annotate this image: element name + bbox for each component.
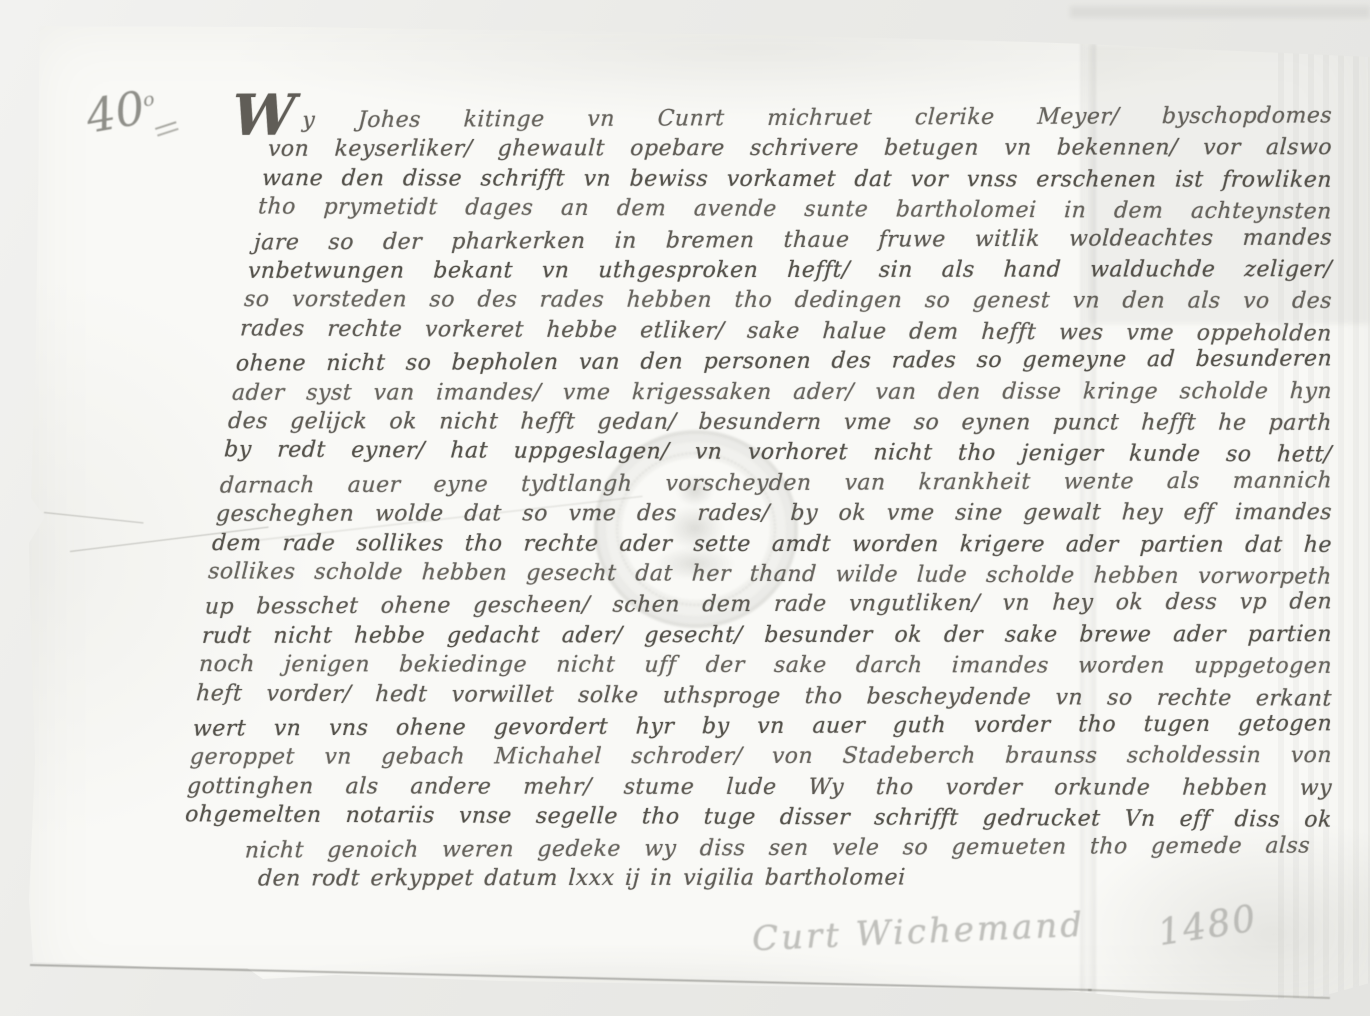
- manuscript-line-text: noch jenigen bekiedinge nicht uff der sa…: [198, 652, 1332, 679]
- manuscript-line: noch jenigen bekiedinge nicht uff der sa…: [198, 650, 1333, 682]
- manuscript-line-text: wert vn vns ohene gevordert hyr by vn au…: [192, 711, 1332, 741]
- manuscript-line: gottinghen als andere mehr/ stume lude W…: [186, 772, 1333, 804]
- manuscript-line-text: by redt eyner/ hat uppgeslagen/ vn vorho…: [223, 438, 1332, 468]
- manuscript-line-text: des gelijck ok nicht hefft gedan/ besund…: [227, 409, 1332, 436]
- manuscript-line-text: jare so der pharkerken in bremen thaue f…: [253, 225, 1332, 255]
- manuscript-line-text: gottinghen als andere mehr/ stume lude W…: [186, 774, 1332, 801]
- manuscript-line-text: vnbetwungen bekant vn uthgesproken hefft…: [247, 257, 1332, 284]
- manuscript-line: von keyserliker/ ghewault opebare schriv…: [267, 134, 1333, 166]
- manuscript-line-text: geroppet vn gebach Michahel schroder/ vo…: [189, 743, 1332, 770]
- manuscript-line-text: rudt nicht hebbe gedacht ader/ gesecht/ …: [201, 622, 1332, 649]
- manuscript-line-text: darnach auer eyne tydtlangh vorscheyden …: [219, 468, 1332, 498]
- manuscript-line-text: wane den disse schrifft vn bewiss vorkam…: [261, 166, 1332, 193]
- manuscript-line-text: nicht genoich weren gedeke wy diss sen v…: [244, 833, 1310, 863]
- manuscript-line-text: tho prymetidt dages an dem avende sunte …: [257, 195, 1332, 225]
- manuscript-line-text: gescheghen wolde dat so vme des rades/ b…: [215, 500, 1332, 527]
- manuscript-line-text: ohgemelten notariis vnse segelle tho tug…: [184, 802, 1332, 832]
- manuscript-line-text: den rodt erkyppet datum lxxx ij in vigil…: [257, 865, 906, 891]
- manuscript-line-text: up besschet ohene gescheen/ schen dem ra…: [204, 590, 1332, 620]
- manuscript-line: ohgemelten notariis vnse segelle tho tug…: [184, 800, 1332, 835]
- manuscript-line: darnach auer eyne tydtlangh vorscheyden …: [219, 466, 1333, 501]
- manuscript-line: wert vn vns ohene gevordert hyr by vn au…: [192, 709, 1333, 744]
- manuscript-line: heft vorder/ hedt vorwillet solke uthspr…: [195, 679, 1332, 714]
- scanner-edge-streak: [1070, 6, 1370, 18]
- manuscript-line: den rodt erkyppet datum lxxx ij in vigil…: [257, 863, 906, 894]
- manuscript-line: nicht genoich weren gedeke wy diss sen v…: [244, 831, 1311, 866]
- manuscript-text: Wy Johes kitinge vn Cunrt michruet cleri…: [0, 0, 1370, 1016]
- manuscript-line: vnbetwungen bekant vn uthgesproken hefft…: [247, 255, 1333, 287]
- manuscript-line-text: sollikes scholde hebben gesecht dat her …: [207, 559, 1332, 589]
- manuscript-line: rades rechte vorkeret hebbe etliker/ sak…: [239, 314, 1332, 349]
- manuscript-line: geroppet vn gebach Michahel schroder/ vo…: [189, 741, 1333, 773]
- manuscript-line: Wy Johes kitinge vn Cunrt michruet cleri…: [231, 101, 1333, 136]
- document-paper: 40o Wy Johes kitinge vn Cunrt michruet c…: [0, 0, 1370, 1016]
- manuscript-line: rudt nicht hebbe gedacht ader/ gesecht/ …: [201, 620, 1333, 652]
- manuscript-line-text: heft vorder/ hedt vorwillet solke uthspr…: [195, 681, 1332, 711]
- manuscript-line: des gelijck ok nicht hefft gedan/ besund…: [227, 407, 1333, 439]
- archival-number: 40o: [83, 82, 161, 140]
- manuscript-line-text: dem rade sollikes tho rechte ader sette …: [211, 531, 1332, 558]
- archival-number-value: 40: [82, 80, 149, 143]
- manuscript-line: by redt eyner/ hat uppgeslagen/ vn vorho…: [223, 436, 1332, 471]
- manuscript-line-text: ohene nicht so bepholen van den personen…: [235, 347, 1332, 377]
- manuscript-line: ader syst van imandes/ vme krigessaken a…: [231, 377, 1333, 409]
- scanner-background: 40o Wy Johes kitinge vn Cunrt michruet c…: [0, 0, 1370, 1016]
- manuscript-line: so vorsteden so des rades hebben tho ded…: [243, 286, 1333, 318]
- manuscript-line: jare so der pharkerken in bremen thaue f…: [253, 223, 1333, 258]
- manuscript-line-text: von keyserliker/ ghewault opebare schriv…: [267, 136, 1332, 163]
- manuscript-line: ohene nicht so bepholen van den personen…: [235, 345, 1333, 380]
- manuscript-line-text: rades rechte vorkeret hebbe etliker/ sak…: [239, 316, 1332, 346]
- manuscript-line: gescheghen wolde dat so vme des rades/ b…: [215, 498, 1333, 530]
- manuscript-line-text: so vorsteden so des rades hebben tho ded…: [243, 288, 1332, 315]
- manuscript-line-text: y Johes kitinge vn Cunrt michruet clerik…: [302, 103, 1333, 133]
- manuscript-line: up besschet ohene gescheen/ schen dem ra…: [204, 588, 1333, 623]
- manuscript-line: wane den disse schrifft vn bewiss vorkam…: [261, 164, 1333, 196]
- manuscript-line: dem rade sollikes tho rechte ader sette …: [211, 529, 1333, 561]
- manuscript-line-text: ader syst van imandes/ vme krigessaken a…: [231, 379, 1332, 406]
- manuscript-line: tho prymetidt dages an dem avende sunte …: [257, 193, 1332, 228]
